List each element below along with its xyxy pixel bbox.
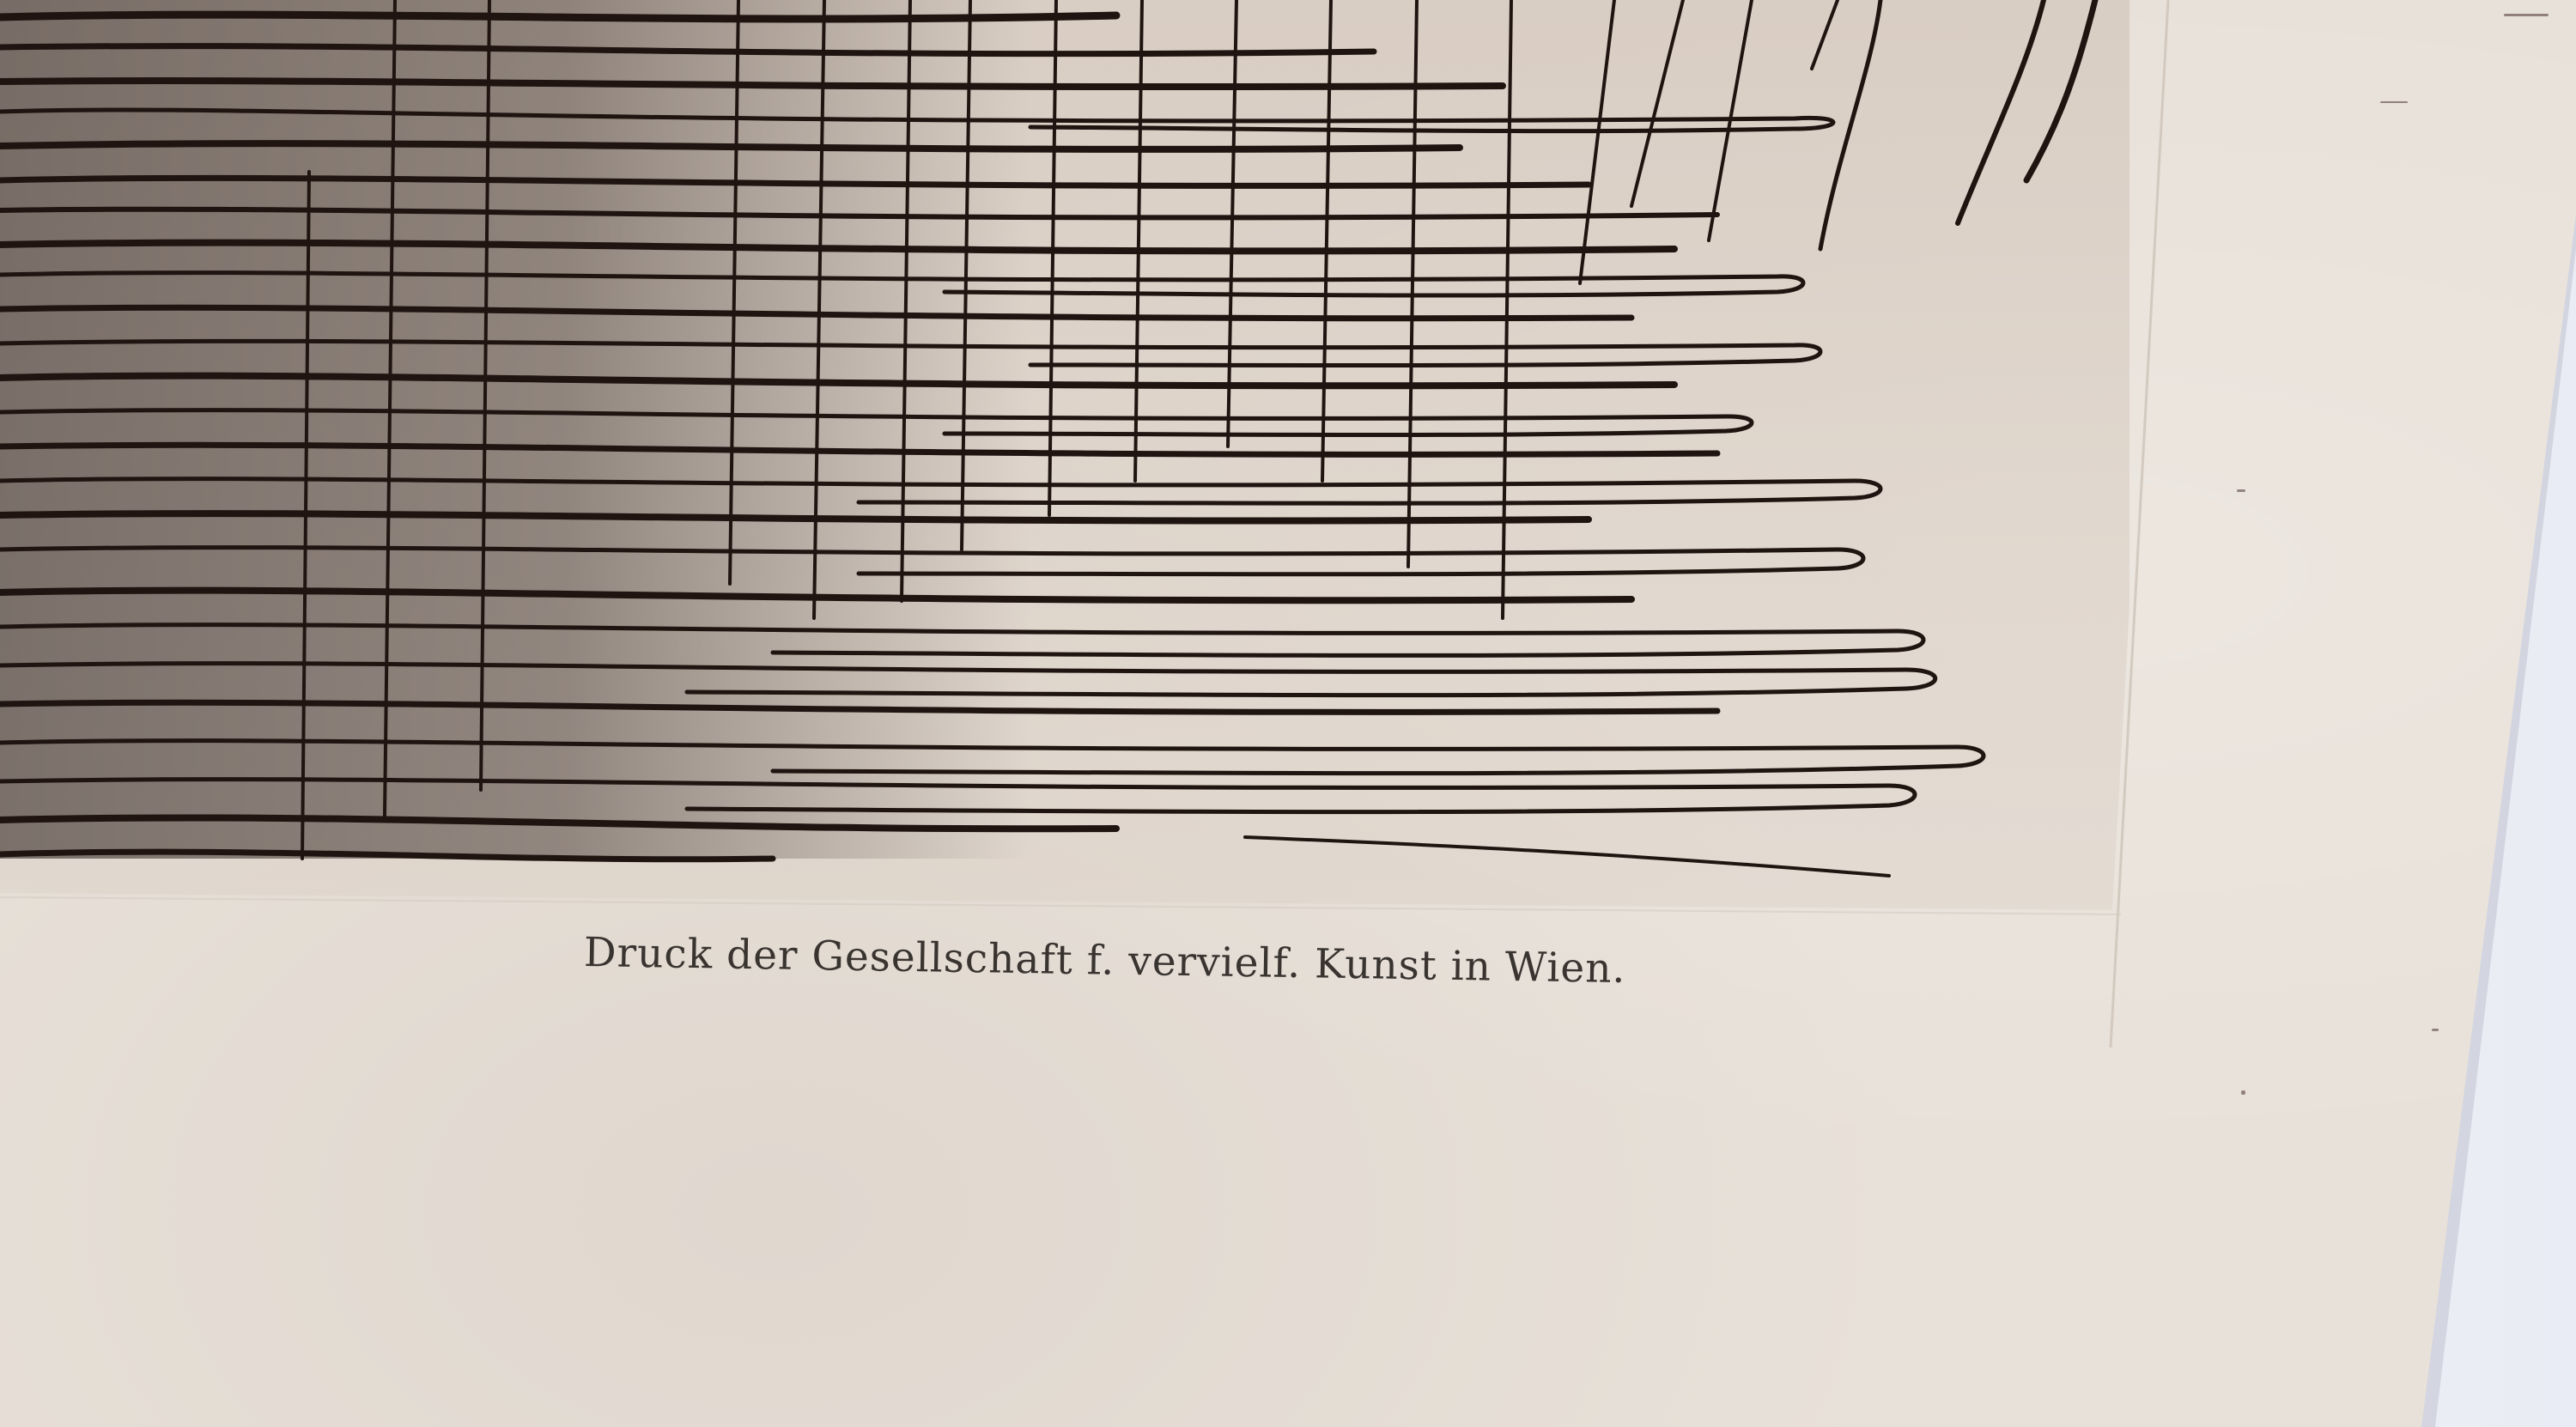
paper-speck (2241, 1090, 2245, 1095)
paper-speck (2237, 489, 2245, 492)
photo-scene: Druck der Gesellschaft f. vervielf. Kuns… (0, 0, 2576, 1427)
paper-speck (2504, 14, 2549, 16)
paper-speck (2432, 1029, 2439, 1031)
paper-speck (2380, 101, 2408, 103)
etching-hatching-artwork (0, 0, 2147, 910)
